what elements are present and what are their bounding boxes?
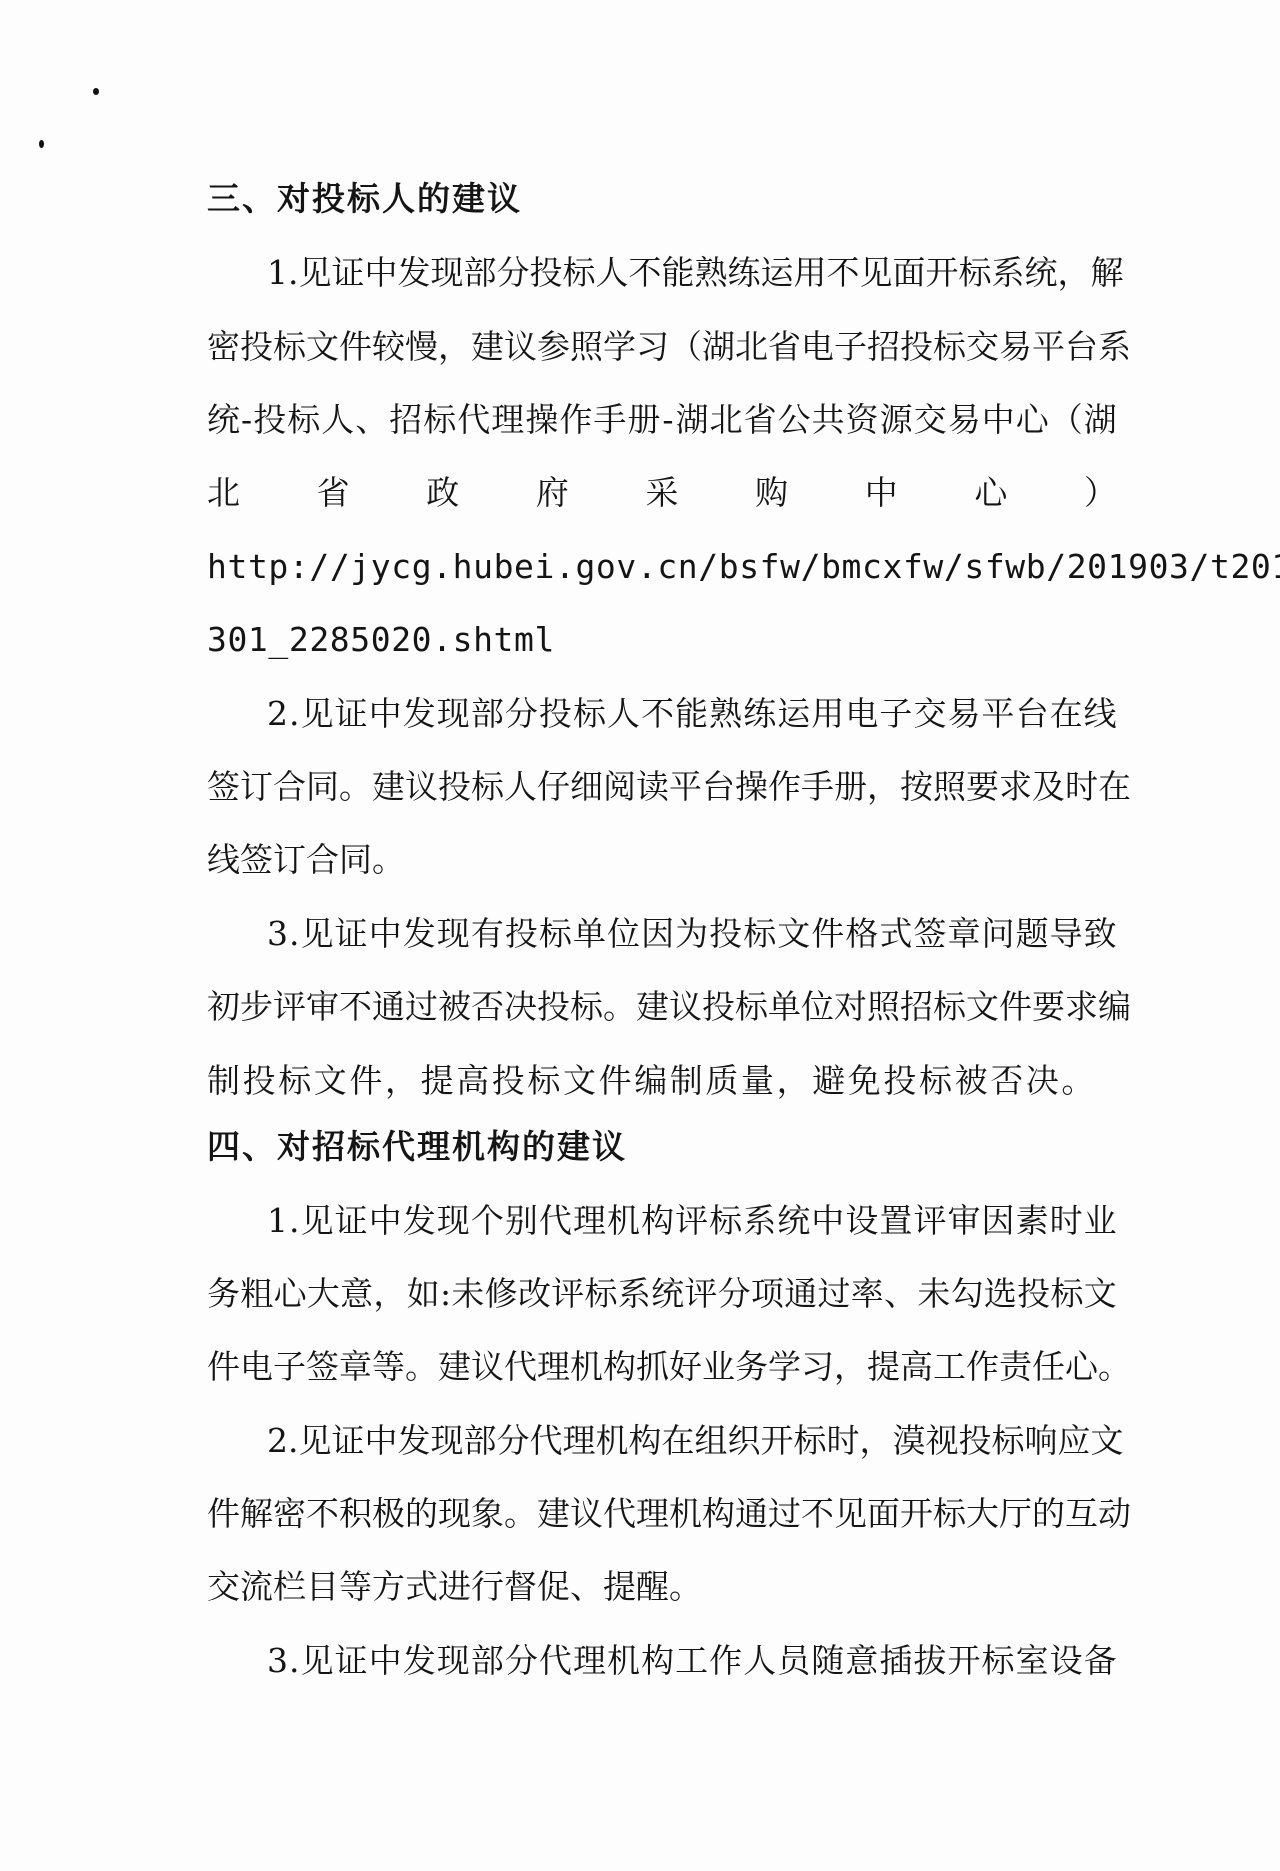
paragraph-line: 制投标文件，提高投标文件编制质量，避免投标被否决。: [207, 1056, 1117, 1106]
paragraph-line: 件解密不积极的现象。建议代理机构通过不见面开标大厅的互动: [207, 1489, 1117, 1539]
paragraph-line: 交流栏目等方式进行督促、提醒。: [207, 1562, 1117, 1612]
spread-char: 中: [865, 468, 898, 518]
paragraph-line: 密投标文件较慢，建议参照学习（湖北省电子招投标交易平台系: [207, 322, 1117, 372]
spread-char: 采: [646, 468, 679, 518]
paragraph-line: 件电子签章等。建议代理机构抓好业务学习，提高工作责任心。: [207, 1342, 1117, 1392]
spread-char: ）: [1084, 468, 1117, 518]
spread-char: 府: [536, 468, 569, 518]
section-heading-4: 四、对招标代理机构的建议: [207, 1122, 1117, 1172]
paragraph-line: 2.见证中发现部分代理机构在组织开标时，漠视投标响应文: [207, 1416, 1117, 1466]
paragraph-line: 初步评审不通过被否决投标。建议投标单位对照招标文件要求编: [207, 982, 1117, 1032]
spread-char: 心: [974, 468, 1007, 518]
section-heading-3: 三、对投标人的建议: [207, 174, 1117, 224]
paragraph-line: 3.见证中发现部分代理机构工作人员随意插拔开标室设备: [207, 1636, 1117, 1686]
spread-line: 北 省 政 府 采 购 中 心 ）: [207, 468, 1117, 518]
spread-char: 政: [426, 468, 459, 518]
paragraph-line: 2.见证中发现部分投标人不能熟练运用电子交易平台在线: [207, 689, 1117, 739]
scan-speck: [93, 88, 99, 95]
paragraph-line: 务粗心大意，如:未修改评标系统评分项通过率、未勾选投标文: [207, 1269, 1117, 1319]
paragraph-line: 1.见证中发现个别代理机构评标系统中设置评审因素时业: [207, 1196, 1117, 1246]
paragraph-line: 线签订合同。: [207, 835, 1117, 885]
scan-speck: [39, 140, 44, 148]
spread-char: 北: [207, 468, 240, 518]
spread-char: 购: [755, 468, 788, 518]
paragraph-line: 签订合同。建议投标人仔细阅读平台操作手册，按照要求及时在: [207, 762, 1117, 812]
paragraph-line: 统-投标人、招标代理操作手册 - 湖北省公共资源交易中心（湖: [207, 395, 1117, 445]
paragraph-line: 3.见证中发现有投标单位因为投标文件格式签章问题导致: [207, 909, 1117, 959]
url-link-line[interactable]: http://jycg.hubei.gov.cn/bsfw/bmcxfw/sfw…: [207, 542, 1117, 592]
spread-char: 省: [317, 468, 350, 518]
url-link-line[interactable]: 301_2285020.shtml: [207, 615, 1117, 665]
paragraph-line: 1.见证中发现部分投标人不能熟练运用不见面开标系统，解: [207, 248, 1117, 298]
